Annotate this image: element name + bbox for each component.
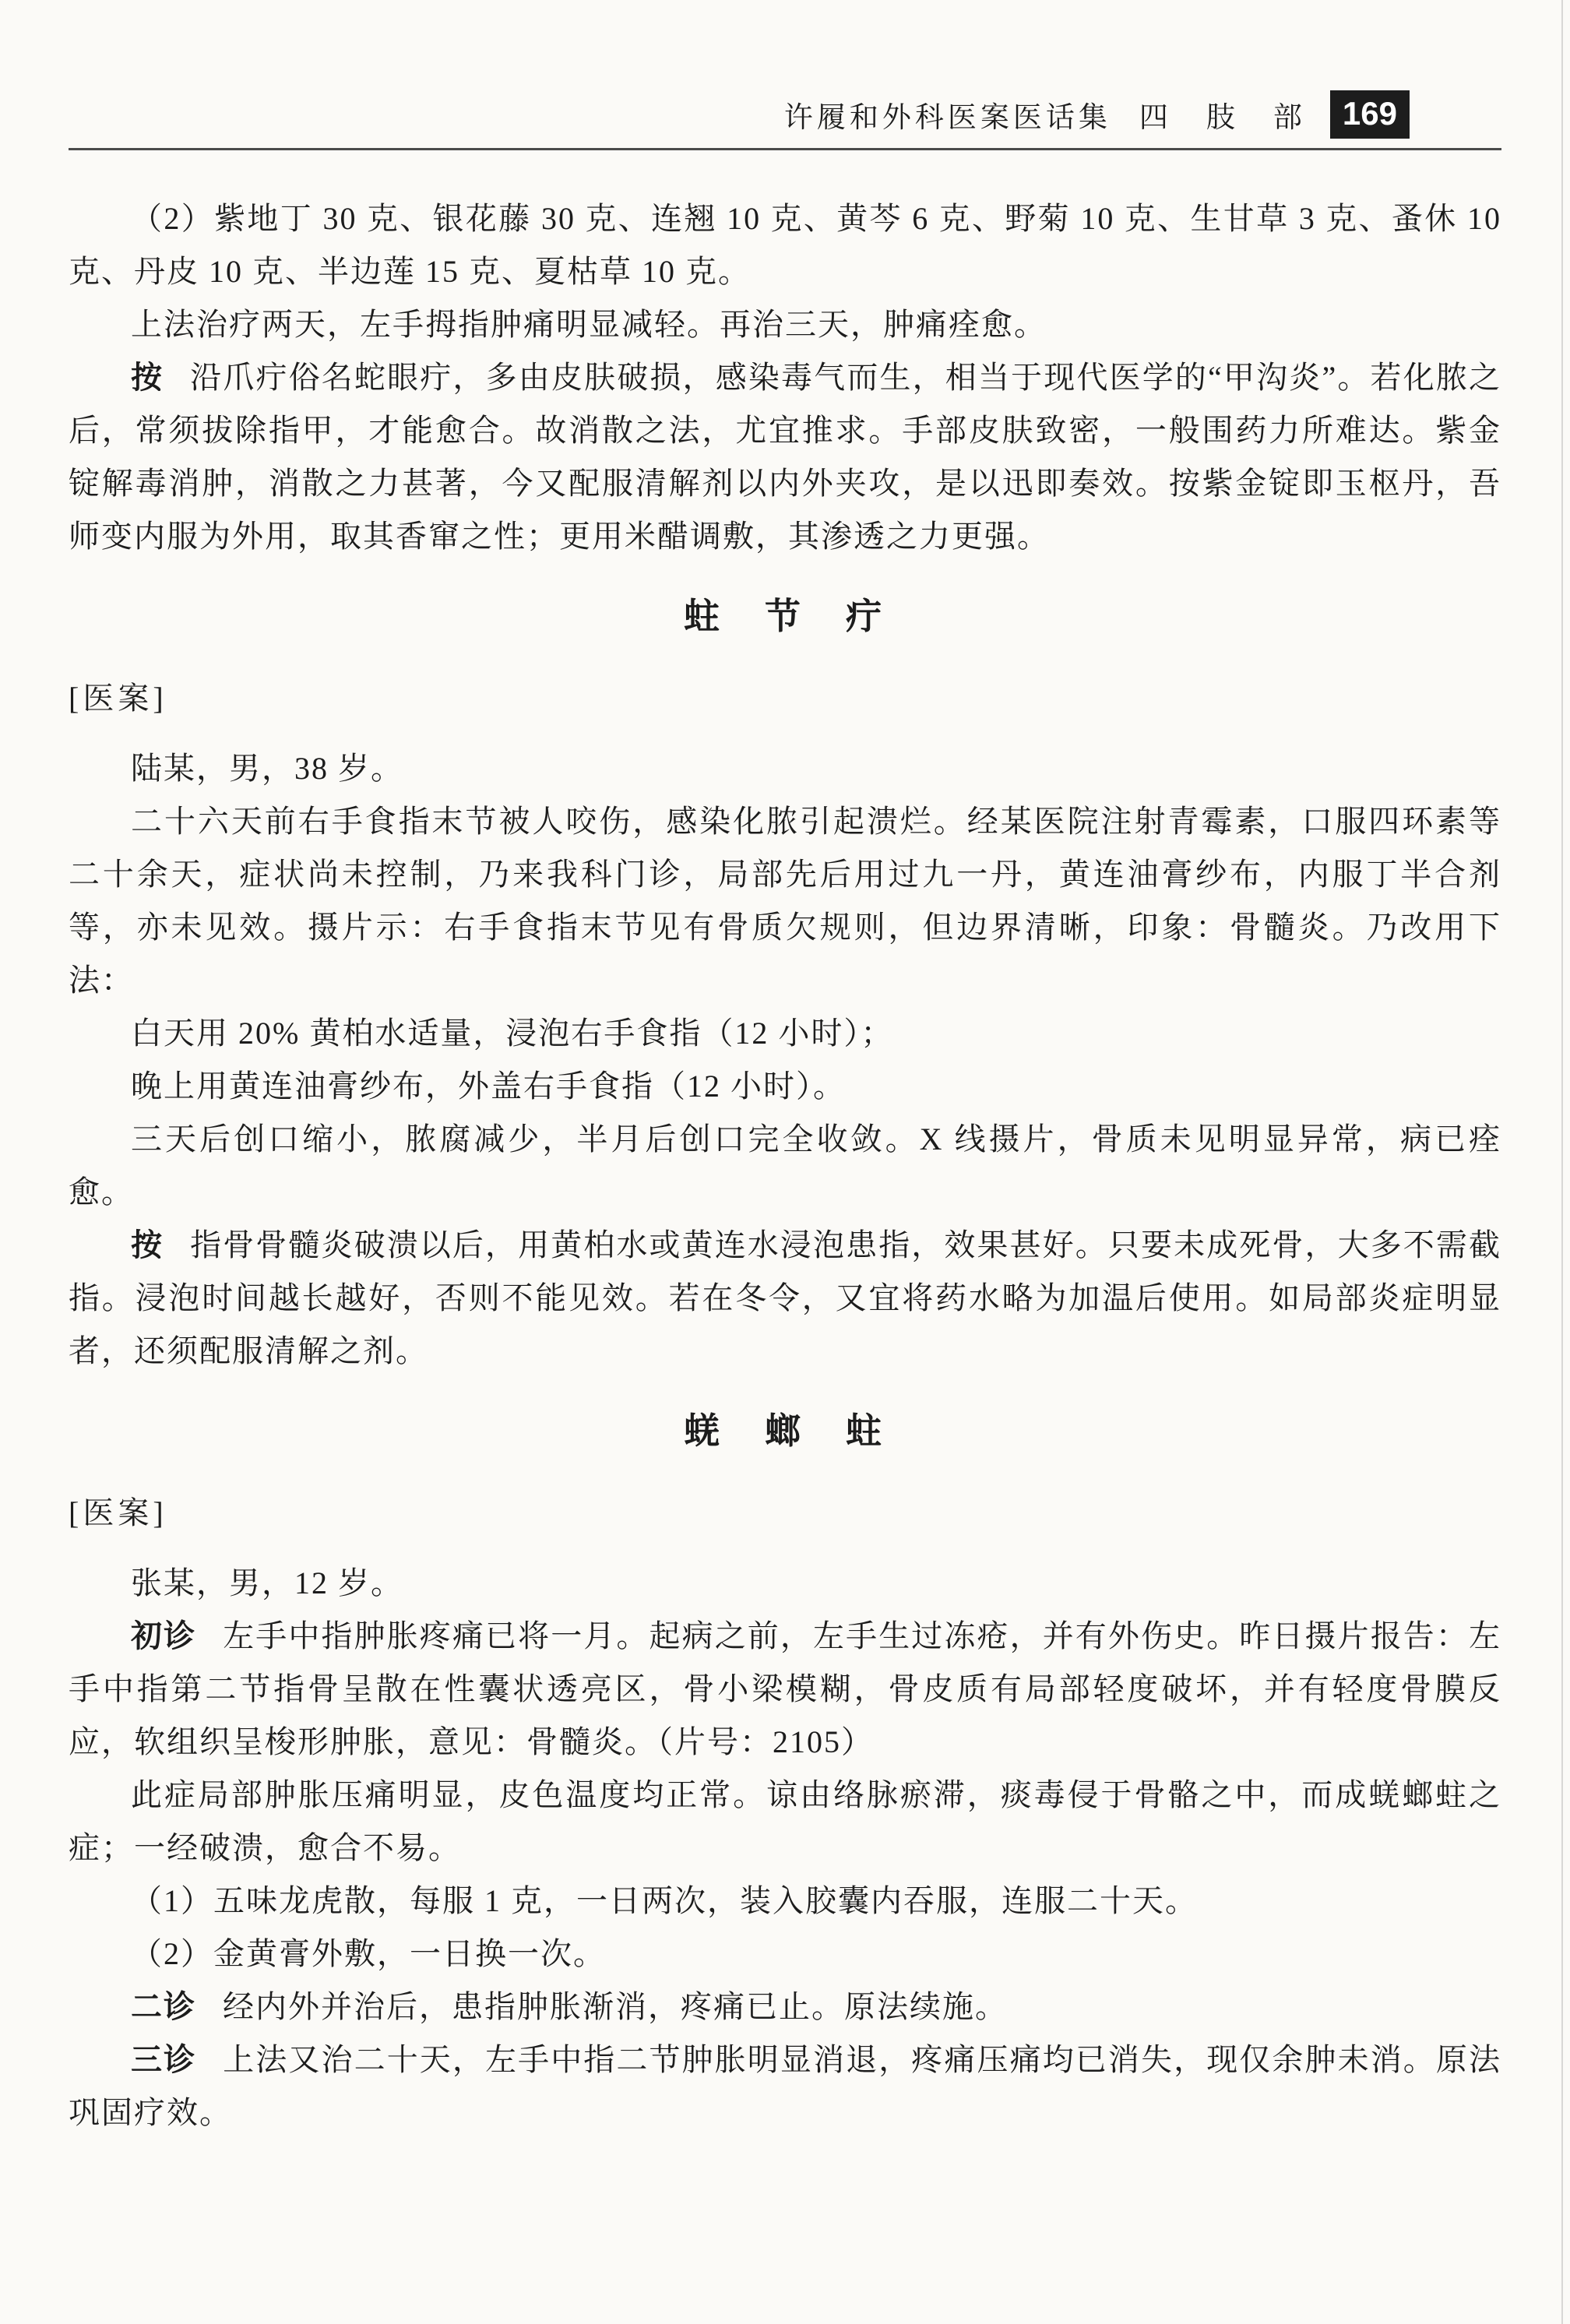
case-label-qianglangzhu: [医案] [69, 1488, 1501, 1538]
book-title: 许履和外科医案医话集 [784, 93, 1111, 136]
note-paragraph-jiagouyan: 按沿爪疔俗名蛇眼疔，多由皮肤破损，感染毒气而生，相当于现代医学的“甲沟炎”。若化… [69, 351, 1501, 563]
case-label-zhujieding: [医案] [69, 674, 1501, 724]
page-content: （2）紫地丁 30 克、银花藤 30 克、连翘 10 克、黄芩 6 克、野菊 1… [0, 150, 1570, 2139]
diagnosis-third-visit: 三诊上法又治二十天，左手中指二节肿胀明显消退，疼痛压痛均已消失，现仅余肿未消。原… [69, 2033, 1501, 2139]
paragraph-pathogenesis: 此症局部肿胀压痛明显，皮色温度均正常。谅由络脉瘀滞，痰毒侵于骨骼之中，而成蜣螂蛀… [69, 1769, 1501, 1875]
paragraph-rx-1: （1）五味龙虎散，每服 1 克，一日两次，装入胶囊内吞服，连服二十天。 [69, 1875, 1501, 1928]
diagnosis-second-visit: 二诊经内外并治后，患指肿胀渐消，疼痛已止。原法续施。 [69, 1981, 1501, 2033]
paragraph-treatment-result: 上法治疗两天，左手拇指肿痛明显减轻。再治三天，肿痛痊愈。 [69, 298, 1501, 351]
paragraph-daytime-soak: 白天用 20% 黄柏水适量，浸泡右手食指（12 小时）； [69, 1007, 1501, 1060]
paragraph-night-dressing: 晚上用黄连油膏纱布，外盖右手食指（12 小时）。 [69, 1060, 1501, 1113]
section-title-zhujieding: 蛀 节 疔 [69, 591, 1501, 641]
section-title-qianglangzhu: 蜣 螂 蛀 [69, 1406, 1501, 1456]
diagnosis-text: 上法又治二十天，左手中指二节肿胀明显消退，疼痛压痛均已消失，现仅余肿未消。原法巩… [69, 2042, 1501, 2130]
diagnosis-text: 左手中指肿胀疼痛已将一月。起病之前，左手生过冻疮，并有外伤史。昨日摄片报告：左手… [69, 1618, 1501, 1759]
part-title: 四 肢 部 [1139, 93, 1307, 136]
diagnosis-first-visit: 初诊左手中指肿胀疼痛已将一月。起病之前，左手生过冻疮，并有外伤史。昨日摄片报告：… [69, 1610, 1501, 1769]
paragraph-history-lu: 二十六天前右手食指末节被人咬伤，感染化脓引起溃烂。经某医院注射青霉素，口服四环素… [69, 795, 1501, 1007]
paragraph-recovery-lu: 三天后创口缩小，脓腐减少，半月后创口完全收敛。X 线摄片，骨质未见明显异常，病已… [69, 1113, 1501, 1219]
note-paragraph-soaking: 按指骨骨髓炎破溃以后，用黄柏水或黄连水浸泡患指，效果甚好。只要未成死骨，大多不需… [69, 1219, 1501, 1378]
note-text: 沿爪疔俗名蛇眼疔，多由皮肤破损，感染毒气而生，相当于现代医学的“甲沟炎”。若化脓… [69, 360, 1501, 554]
page-number-badge: 169 [1330, 90, 1410, 139]
paragraph-patient-lu: 陆某，男，38 岁。 [69, 742, 1501, 795]
note-text: 指骨骨髓炎破溃以后，用黄柏水或黄连水浸泡患指，效果甚好。只要未成死骨，大多不需截… [69, 1227, 1501, 1368]
diagnosis-text: 经内外并治后，患指肿胀渐消，疼痛已止。原法续施。 [223, 1989, 1008, 2024]
page-header: 许履和外科医案医话集 四 肢 部 169 [0, 0, 1570, 139]
paragraph-rx-2: （2）金黄膏外敷，一日换一次。 [69, 1928, 1501, 1981]
note-label: 按 [131, 361, 164, 395]
diagnosis-label: 二诊 [131, 1990, 196, 2024]
book-page: 许履和外科医案医话集 四 肢 部 169 （2）紫地丁 30 克、银花藤 30 … [0, 0, 1570, 2324]
diagnosis-label: 三诊 [131, 2043, 196, 2077]
paragraph-patient-zhang: 张某，男，12 岁。 [69, 1557, 1501, 1610]
diagnosis-label: 初诊 [131, 1619, 196, 1653]
paragraph-prescription-2: （2）紫地丁 30 克、银花藤 30 克、连翘 10 克、黄芩 6 克、野菊 1… [69, 192, 1501, 298]
note-label: 按 [131, 1228, 164, 1262]
